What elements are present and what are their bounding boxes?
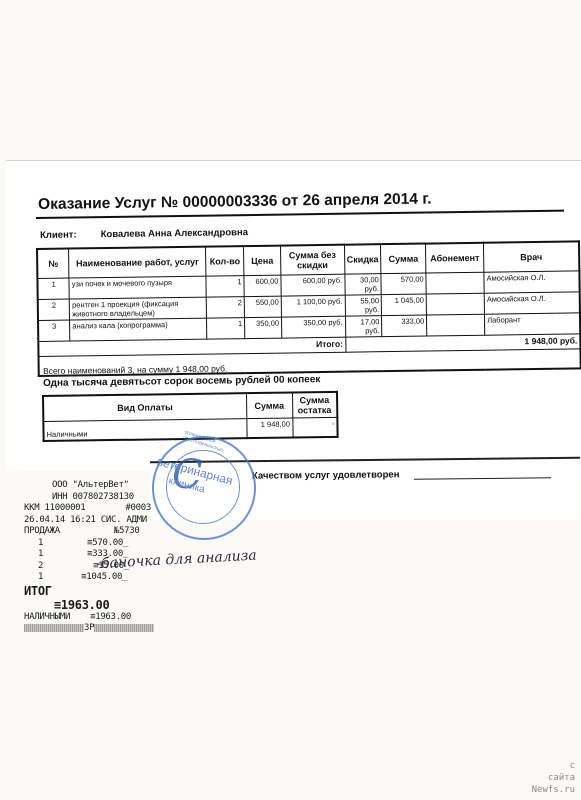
- cell-qty: 1: [207, 318, 245, 340]
- receipt-datetime: 26.04.14 16:21 СИС. АДМИ: [24, 515, 154, 527]
- receipt-cash-label: НАЛИЧНЫМИ: [24, 612, 70, 622]
- receipt-sale-line: ПРОДАЖА№5730: [24, 526, 154, 538]
- receipt-kkm-line: ККМ 11000001#0003: [24, 503, 154, 515]
- receipt-item: 1≡1045.00_: [24, 572, 154, 584]
- col-header-sum-no-discount: Сумма без скидки: [280, 245, 344, 275]
- cell-sum-no-discount: 350,00 руб.: [281, 316, 345, 338]
- cell-price: 350,00: [245, 317, 282, 339]
- col-header-price: Цена: [244, 246, 281, 276]
- receipt-company: ООО "АльтерВет": [24, 480, 154, 492]
- cell-price: 550,00: [244, 296, 281, 318]
- services-table: № Наименование работ, услуг Кол-во Цена …: [36, 240, 581, 377]
- cell-payment-remainder: -: [292, 417, 337, 437]
- receipt-cash-line: НАЛИЧНЫМИ≡1963.00: [24, 612, 154, 624]
- cell-no: 2: [38, 299, 70, 320]
- receipt-kkm-no: #0003: [125, 503, 151, 513]
- cell-subscription: [427, 314, 485, 336]
- site-watermark: с сайта Newfs.ru: [532, 760, 575, 796]
- cell-doctor: Амосийская О.Л.: [484, 271, 580, 293]
- cell-doctor: Амосийская О.Л.: [484, 292, 580, 314]
- col-header-discount: Скидка: [344, 244, 381, 274]
- col-header-name: Наименование работ, услуг: [69, 247, 206, 278]
- cell-sum-no-discount: 1 100,00 руб.: [281, 295, 345, 317]
- receipt-footer: ЗР: [24, 623, 154, 635]
- col-header-subscription: Абонемент: [426, 243, 484, 273]
- cell-name: анализ кала (копрограмма): [70, 318, 207, 341]
- cell-subscription: [426, 272, 484, 294]
- client-label: Клиент:: [40, 229, 98, 241]
- cell-payment-sum: 1 948,00: [246, 418, 292, 438]
- cell-sum-no-discount: 600,00 руб.: [281, 274, 345, 296]
- cell-doctor: Лаборант: [485, 313, 581, 335]
- quality-statement: Качеством услуг удовлетворен: [252, 469, 400, 481]
- receipt-item: 1≡570.00_: [24, 538, 154, 550]
- receipt-inn: ИНН 007802738130: [24, 492, 154, 504]
- cell-name: рентген 1 проекция (фиксация животного в…: [69, 297, 206, 320]
- cell-discount: 17,00 руб.: [345, 316, 382, 338]
- cell-discount: 30,00 руб.: [344, 274, 381, 296]
- cell-subscription: [426, 293, 484, 315]
- receipt-total-value: ≡1963.00: [24, 598, 154, 612]
- cell-discount: 55,00 руб.: [345, 295, 382, 317]
- col-header-qty: Кол-во: [206, 246, 244, 276]
- receipt-sale-label: ПРОДАЖА: [24, 526, 60, 536]
- clinic-stamp: ограниченной ответственностью С ветерина…: [152, 436, 256, 540]
- col-header-sum: Сумма: [381, 244, 426, 274]
- receipt-kkm: ККМ 11000001: [24, 503, 85, 513]
- cell-price: 600,00: [244, 275, 281, 297]
- client-name: Ковалева Анна Александровна: [101, 227, 248, 240]
- cell-qty: 2: [207, 297, 245, 319]
- cell-name: узи почек и мочевого пузыря: [69, 276, 206, 299]
- col-header-no: №: [37, 249, 69, 279]
- col-header-payment-sum: Сумма: [246, 393, 292, 419]
- cell-no: 1: [37, 278, 69, 299]
- cell-sum: 333,00: [382, 315, 427, 337]
- cell-no: 3: [38, 320, 70, 341]
- col-header-payment-type: Вид Оплаты: [43, 393, 246, 421]
- cell-sum: 570,00: [381, 273, 426, 295]
- receipt-total-label: ИТОГ: [24, 584, 154, 598]
- cell-sum: 1 045,00: [382, 294, 427, 316]
- receipt-cash-value: ≡1963.00: [90, 612, 131, 622]
- receipt-sale-no: №5730: [114, 526, 140, 536]
- cell-qty: 1: [206, 276, 244, 298]
- col-header-doctor: Врач: [484, 241, 580, 272]
- col-header-payment-remainder: Сумма остатка: [292, 392, 337, 418]
